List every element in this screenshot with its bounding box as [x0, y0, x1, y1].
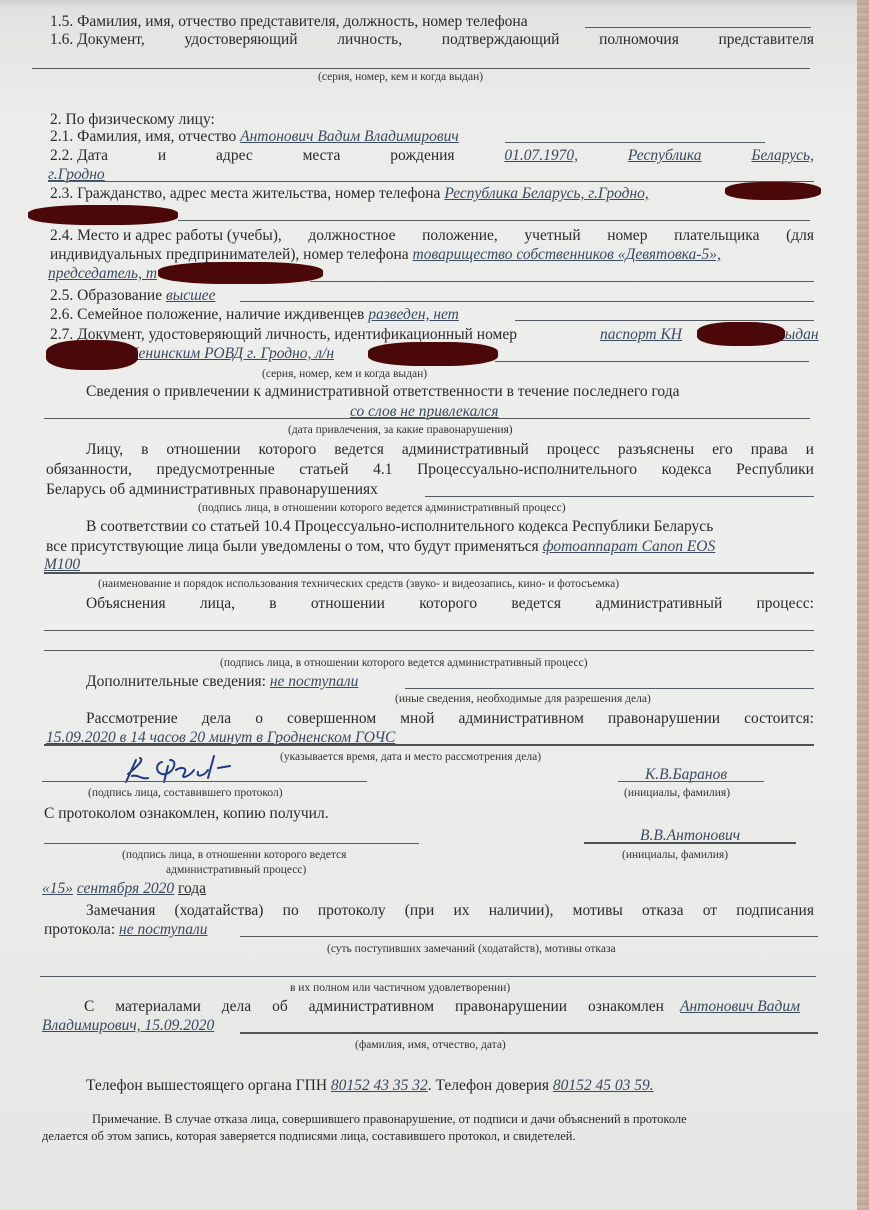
full-name-value: Антонович Вадим Владимирович	[240, 128, 459, 145]
field-2-4-line2: индивидуальных предпринимателей), номер …	[50, 246, 721, 264]
materials-caption: (фамилия, имя, отчество, дата)	[355, 1039, 506, 1052]
remarks-line1: Замечания (ходатайства) по протоколу (пр…	[86, 902, 814, 920]
tech-line2: все присутствующие лица были уведомлены …	[46, 538, 715, 556]
field-1-5-label: 1.5. Фамилия, имя, отчество представител…	[50, 13, 528, 31]
passport-value: паспорт КН	[600, 326, 682, 344]
field-1-6-label: 1.6. Документ, удостоверяющий личность, …	[50, 31, 814, 49]
note-line2: делается об этом запись, которая заверяе…	[42, 1128, 576, 1144]
superior-phone: 80152 43 35 32	[331, 1077, 428, 1094]
position-value: председатель, т	[48, 265, 157, 283]
rights-signature-line	[425, 496, 814, 497]
field-2-7-caption: (серия, номер, кем и когда выдан)	[262, 368, 427, 381]
officer-signature-caption: (подпись лица, составившего протокол)	[88, 787, 283, 800]
officer-name-caption: (инициалы, фамилия)	[624, 787, 730, 800]
acknowledged-text: С протоколом ознакомлен, копию получил.	[44, 805, 329, 823]
field-2-5: 2.5. Образование высшее	[50, 287, 216, 305]
redaction-work-phone	[158, 262, 323, 284]
rights-line3: Беларусь об административных правонаруше…	[46, 481, 378, 499]
field-1-6-caption: (серия, номер, кем и когда выдан)	[318, 71, 483, 84]
admin-liability-label: Сведения о привлечении к административно…	[86, 383, 679, 401]
field-2-3: 2.3. Гражданство, адрес места жительства…	[50, 185, 649, 203]
field-2-2: 2.2. Дата и адрес места рождения 01.07.1…	[50, 147, 814, 165]
tech-value: фотоаппарат Canon EOS	[543, 538, 716, 555]
explanations-label: Объяснения лица, в отношении которого ве…	[86, 595, 814, 613]
field-2-6: 2.6. Семейное положение, наличие иждивен…	[50, 306, 459, 324]
hearing-line	[44, 744, 814, 746]
phones-line: Телефон вышестоящего органа ГПН 80152 43…	[86, 1077, 654, 1095]
field-2-1-line	[505, 142, 765, 143]
residence-value: Республика Беларусь, г.Гродно,	[444, 185, 649, 202]
officer-signature-line	[42, 781, 367, 782]
rights-line2: обязанности, предусмотренные статьей 4.1…	[46, 461, 814, 479]
remarks-line-2	[40, 976, 816, 977]
field-2-1: 2.1. Фамилия, имя, отчество Антонович Ва…	[50, 128, 459, 146]
hearing-caption: (указывается время, дата и место рассмот…	[280, 751, 541, 764]
table-surface	[857, 0, 869, 1210]
field-2-7-line	[495, 361, 809, 362]
explanations-caption: (подпись лица, в отношении которого веде…	[220, 657, 588, 670]
note-line1: Примечание. В случае отказа лица, соверш…	[92, 1111, 687, 1127]
remarks-caption-2: в их полном или частичном удовлетворении…	[290, 982, 510, 995]
field-2-6-line	[515, 320, 814, 321]
redaction-address	[28, 205, 178, 225]
admin-liability-caption: (дата привлечения, за какие правонарушен…	[288, 424, 513, 437]
field-1-6-line	[32, 68, 810, 69]
remarks-caption: (суть поступивших замечаний (ходатайств)…	[327, 943, 616, 956]
rights-caption: (подпись лица, в отношении которого веде…	[198, 502, 566, 515]
trust-phone: 80152 45 03 59.	[553, 1077, 654, 1094]
field-2-5-line	[240, 301, 814, 302]
field-2-4-line	[310, 281, 814, 282]
section-2-title: 2. По физическому лицу:	[50, 111, 215, 129]
materials-value: Антонович Вадим	[680, 998, 800, 1016]
subject-signature-caption-1: (подпись лица, в отношении которого веде…	[122, 849, 346, 862]
additional-caption: (иные сведения, необходимые для разрешен…	[395, 693, 651, 706]
redaction-id-number	[368, 342, 498, 366]
marital-value: разведен, нет	[368, 306, 459, 323]
tech-line1: В соответствии со статьей 10.4 Процессуа…	[86, 518, 713, 536]
redaction-passport-prefix	[46, 340, 138, 370]
remarks-line	[240, 936, 818, 937]
tech-line	[44, 572, 814, 574]
redaction-passport	[697, 322, 785, 346]
subject-signature-caption-2: административный процесс)	[166, 864, 306, 877]
remarks-line2: протокола: не поступали	[44, 921, 208, 939]
materials-label: С материалами дела об административном п…	[84, 998, 664, 1016]
field-2-3-line	[178, 220, 810, 221]
field-2-4-line1: 2.4. Место и адрес работы (учебы), должн…	[50, 227, 814, 245]
explanations-line-1	[44, 630, 814, 631]
education-value: высшее	[166, 287, 216, 304]
workplace-value: товарищество собственников «Девятовка-5»…	[413, 246, 721, 263]
field-1-5-line	[585, 27, 811, 28]
additional-line	[405, 688, 814, 689]
additional-value: не поступали	[270, 673, 359, 690]
subject-signature-line	[44, 843, 419, 844]
officer-name-line	[618, 781, 764, 782]
materials-value-cont: Владимирович, 15.09.2020	[42, 1017, 214, 1035]
remarks-value: не поступали	[119, 921, 208, 938]
field-2-2-line	[48, 181, 814, 182]
additional-info: Дополнительные сведения: не поступали	[86, 673, 358, 691]
document-page: 1.5. Фамилия, имя, отчество представител…	[0, 0, 857, 1210]
subject-name-caption: (инициалы, фамилия)	[622, 849, 728, 862]
rights-line1: Лицу, в отношении которого ведется админ…	[86, 441, 814, 459]
subject-name-line	[584, 842, 796, 844]
birth-date-value: 01.07.1970,	[504, 147, 578, 165]
explanations-line-2	[44, 650, 814, 651]
passport-authority: Ленинским РОВД г. Гродно, л/н	[128, 345, 334, 363]
materials-line	[240, 1032, 818, 1034]
tech-caption: (наименование и порядок использования те…	[98, 578, 619, 591]
redaction-phone	[725, 182, 821, 200]
admin-liability-line	[44, 418, 810, 419]
protocol-date: «15» сентября 2020 года	[42, 880, 206, 898]
hearing-label: Рассмотрение дела о совершенном мной адм…	[86, 710, 814, 728]
